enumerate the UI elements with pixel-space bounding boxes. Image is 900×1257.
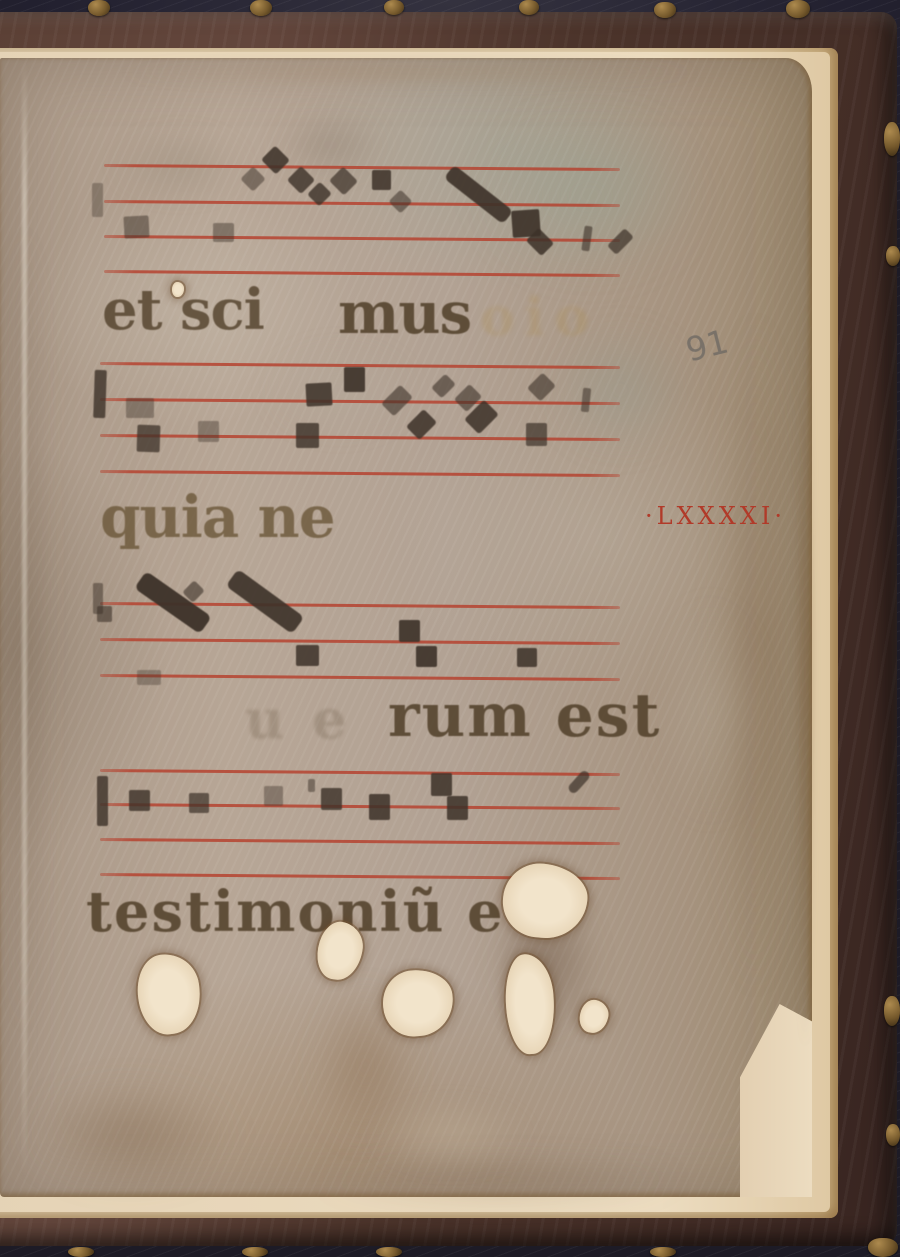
chant-text-line3-faded: ue [245,692,375,746]
neume-note [305,382,332,406]
neume-note [97,776,108,826]
binding-boss [376,1247,402,1257]
chant-text-showthrough: oio [480,292,599,344]
neume-note [369,794,390,820]
neume-note [189,793,209,813]
manuscript-photo: et sci mus oio quia ne ue rum est testim… [0,0,900,1257]
neume-note [399,620,420,642]
neume-note [198,421,219,442]
neume-note [447,796,468,820]
neume-note [126,398,154,418]
neume-note [372,170,391,190]
neume-note [129,790,150,811]
neume-note [123,215,149,238]
neume-note [97,606,112,622]
neume-note [92,183,103,217]
binding-boss [886,246,900,266]
binding-boss [786,0,810,18]
binding-boss [384,0,404,15]
neume-note [321,788,342,810]
neume-note [526,423,547,446]
binding-boss [654,2,676,18]
neume-note [296,645,319,666]
neume-note [93,370,107,418]
neume-note [431,773,452,796]
binding-boss [886,1124,900,1146]
neume-note [416,646,437,667]
parchment-crease [22,60,27,1180]
chant-text-line1-b: mus [338,284,471,342]
chant-text-line3: rum est [388,686,661,746]
neume-note [517,648,537,667]
neume-note [344,367,365,392]
neume-note [296,423,319,448]
chant-text-line2: quia ne [100,488,335,546]
binding-boss [884,996,900,1026]
binding-boss [250,0,272,16]
neume-note [137,425,161,453]
binding-boss [650,1247,676,1257]
binding-boss [884,122,900,156]
binding-boss [88,0,110,16]
chant-text-line4: testimoniũ e [86,884,505,940]
neume-note [308,779,315,792]
binding-boss [242,1247,268,1257]
neume-note [213,223,234,242]
binding-boss [868,1238,898,1257]
neume-note [264,786,283,806]
binding-boss [68,1247,94,1257]
folio-number-roman: ·LXXXXI· [645,502,786,530]
binding-boss [519,0,539,15]
neume-note [137,670,161,685]
